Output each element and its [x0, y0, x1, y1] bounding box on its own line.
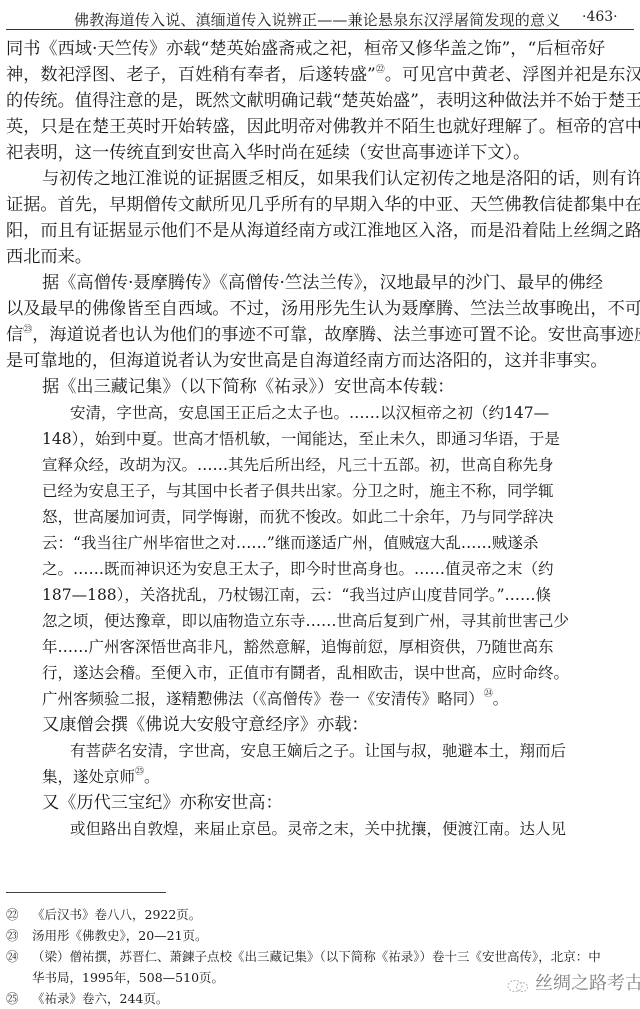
quote-line: 已经为安息王子，与其国中长者子俱共出家。分卫之时，施主不称，同学辄 [6, 478, 634, 504]
quote-line: 148），始到中夏。世高才悟机敏，一闻能达，至止未久，即通习华语，于是 [6, 426, 634, 452]
footnote-number: ㉒ [6, 904, 32, 925]
quote-line: 宣释众经，改胡为汉。……其先后所出经，凡三十五部。初，世高自称先身 [6, 452, 634, 478]
footnote-number: ㉔ [6, 946, 32, 967]
text-line: 神，数祀浮图、老子，百姓稍有奉者，后遂转盛”㉒。可见宫中黄老、浮图并祀是东汉 [6, 62, 634, 88]
page-header: 佛教海道传入说、滇缅道传入说辨正——兼论悬泉东汉浮屠简发现的意义 ·463· [0, 0, 640, 34]
quote-line: 安清，字世高，安息国王正后之太子也。……以汉桓帝之初（约147— [6, 400, 634, 426]
footnote-number: ㉕ [6, 988, 32, 1009]
text-line: 英，只是在楚王英时开始转盛，因此明帝对佛教并不陌生也就好理解了。桓帝的宫中祭 [6, 114, 634, 140]
footnote: ㉒《后汉书》卷八八，2922页。 [6, 904, 634, 925]
watermark-text: 丝绸之路考古 [535, 973, 640, 994]
footnote-number: ㉓ [6, 925, 32, 946]
text-line: 是可靠地的，但海道说者认为安世高是自海道经南方而达洛阳的，这并非事实。 [6, 348, 634, 374]
quote-line: 集，遂处京师㉕。 [6, 764, 634, 790]
page-number: ·463· [582, 9, 618, 25]
text-line: 同书《西域·天竺传》亦载“楚英始盛斋戒之祀，桓帝又修华盖之饰”，“后桓帝好 [6, 36, 634, 62]
article-body: 同书《西域·天竺传》亦载“楚英始盛斋戒之祀，桓帝又修华盖之饰”，“后桓帝好 神，… [6, 36, 634, 842]
footnote-ref[interactable]: ㉒ [376, 65, 385, 75]
wechat-icon [507, 977, 529, 991]
header-divider [6, 29, 634, 30]
footnote: ㉔（梁）僧祐撰，苏晋仁、萧鍊子点校《出三藏记集》（以下简称《祐录》）卷十三《安世… [6, 946, 634, 967]
text-line: 又《历代三宝纪》亦称安世高： [6, 790, 634, 816]
text-line: 阳，而且有证据显示他们不是从海道经南方或江淮地区入洛，而是沿着陆上丝绸之路自 [6, 218, 634, 244]
text-line: 据《高僧传·聂摩腾传》《高僧传·竺法兰传》，汉地最早的沙门、最早的佛经 [6, 270, 634, 296]
quote-line: 云：“我当往广州毕宿世之对……”继而遂适广州，值贼寇大乱……贼遂杀 [6, 530, 634, 556]
text-line: 西北而来。 [6, 244, 634, 270]
quote-line: 之。……既而神识还为安息王太子，即今时世高身也。……值灵帝之末（约 [6, 556, 634, 582]
quote-line: 怒，世高屡加诃责，同学悔谢，而犹不悛改。如此二十余年，乃与同学辞决 [6, 504, 634, 530]
quote-line: 忽之顷，便达豫章，即以庙物造立东寺……世高后复到广州，寻其前世害己少 [6, 608, 634, 634]
quote-line: 行，遂达会稽。至便入市，正值市有鬪者，乱相欧击，误中世高，应时命终。 [6, 660, 634, 686]
text-line: 祀表明，这一传统直到安世高入华时尚在延续（安世高事迹详下文）。 [6, 140, 634, 166]
watermark: 丝绸之路考古 [507, 969, 640, 995]
text-line: 证据。首先，早期僧传文献所见几乎所有的早期入华的中亚、天竺佛教信徒都集中在洛 [6, 192, 634, 218]
footnote-ref[interactable]: ㉓ [23, 325, 32, 335]
footnote-divider [6, 892, 166, 893]
footnote-ref[interactable]: ㉕ [135, 767, 144, 777]
footnote: ㉓汤用彤《佛教史》，20—21页。 [6, 925, 634, 946]
quote-line: 187—188），关洛扰乱，乃杖锡江南，云：“我当过庐山度昔同学。”……倏 [6, 582, 634, 608]
footnote-ref[interactable]: ㉔ [484, 689, 493, 699]
text-line: 以及最早的佛像皆至自西域。不过，汤用彤先生认为聂摩腾、竺法兰故事晚出，不可 [6, 296, 634, 322]
text-line: 与初传之地江淮说的证据匮乏相反，如果我们认定初传之地是洛阳的话，则有许多 [6, 166, 634, 192]
quote-line: 广州客频验二报，遂精懃佛法（《高僧传》卷一《安清传》略同）㉔。 [6, 686, 634, 712]
running-title: 佛教海道传入说、滇缅道传入说辨正——兼论悬泉东汉浮屠简发现的意义 [74, 9, 560, 30]
quote-line: 有菩萨名安清，字世高，安息王嫡后之子。让国与叔，驰避本土，翔而后 [6, 738, 634, 764]
text-line: 的传统。值得注意的是，既然文献明确记载“楚英始盛”，表明这种做法并不始于楚王 [6, 88, 634, 114]
text-line: 又康僧会撰《佛说大安般守意经序》亦载： [6, 712, 634, 738]
text-line: 信㉓，海道说者也认为他们的事迹不可靠，故摩腾、法兰事迹可置不论。安世高事迹应 [6, 322, 634, 348]
text-line: 据《出三藏记集》（以下简称《祐录》）安世高本传载： [6, 374, 634, 400]
quote-line: 年……广州客深悟世高非凡，豁然意解，追悔前愆，厚相资供，乃随世高东 [6, 634, 634, 660]
quote-line: 或但路出自敦煌，来届止京邑。灵帝之末，关中扰攘，便渡江南。达人见 [6, 816, 634, 842]
